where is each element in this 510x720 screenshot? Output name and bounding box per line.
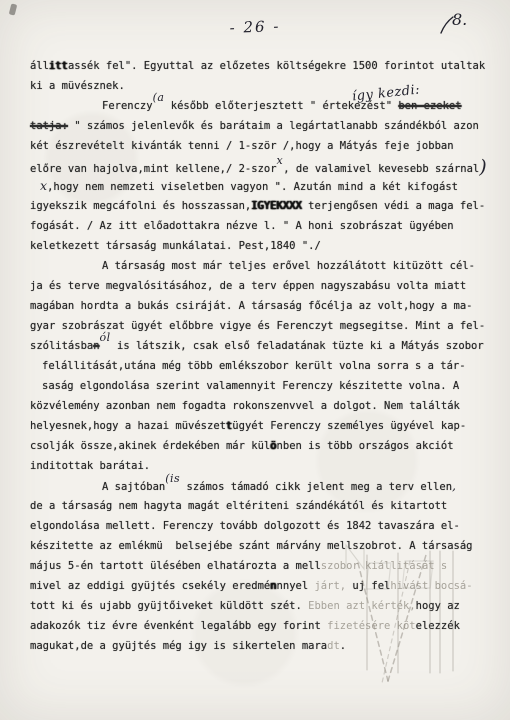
struck-text: n: [93, 340, 99, 352]
typed-text: nnyel: [277, 580, 315, 592]
text-line: fogását. / Az itt előadottakra nézve l. …: [30, 216, 496, 236]
handwritten-paren: ): [479, 156, 486, 178]
text-line: csolják össze,akinek érdekében már külön…: [30, 436, 496, 456]
typed-text: számos támadó cikk jelent meg a terv ell…: [180, 481, 452, 493]
typed-text: terjengősen védi a maga fel-: [302, 200, 485, 212]
pencil-marks: [330, 533, 500, 708]
text-line: két észrevételt kivánták tenni / 1-ször …: [30, 136, 496, 156]
typed-text: ki a müvésznek.: [30, 80, 125, 92]
corner-smudge: [9, 3, 17, 15]
handwritten-superscript: ól: [100, 331, 111, 344]
typed-text: inditottak barátai.: [30, 460, 150, 472]
typed-text: igyekszik megcáfolni és hosszassan,: [30, 200, 251, 212]
typed-text: is látszik, csak első feladatának tüzte …: [111, 340, 484, 352]
text-line: helyesnek,hogy a hazai müvészettügyét Fe…: [30, 416, 496, 436]
typed-text: helyesnek,hogy a hazai müvészet: [30, 420, 226, 432]
typed-text: de a társaság nem hagyta magát eltériten…: [30, 500, 447, 512]
text-line: saság elgondolása szerint valamennyit Fe…: [30, 376, 496, 396]
text-line: tatja: " számos jelenlevők és barátaim a…: [30, 116, 496, 136]
typed-text: előre van hajolva,mint kellene,/ 2-szor: [30, 163, 277, 175]
handwritten-text: ,: [452, 478, 456, 493]
typed-text: fogását. / Az itt előadottakra nézve l. …: [30, 220, 454, 232]
typed-text: saság elgondolása szerint valamennyit Fe…: [42, 380, 459, 392]
typed-text: ja és terve megvalósitásához, de a terv …: [30, 280, 466, 292]
text-line: magában hordta a bukás csiráját. A társa…: [30, 296, 496, 316]
typed-text: gyar szobrászat ügyét előbbre vigye és F…: [30, 320, 485, 332]
typed-text: áll: [30, 60, 49, 72]
text-line: keletkezett társaság munkálatai. Pest,18…: [30, 236, 496, 256]
typed-text: mivel az eddigi gyüjtés csekély eredmé: [30, 580, 270, 592]
text-line: szólitásbanól is látszik, csak első fela…: [30, 336, 496, 356]
handwritten-superscript: x: [277, 154, 284, 167]
handwritten-text: x: [40, 178, 47, 193]
typed-text: tott ki és ujabb gyüjtőiveket küldött sz…: [30, 600, 308, 612]
page-number: - 26 -: [0, 9, 510, 45]
text-line: A társaság most már teljes erővel hozzál…: [30, 256, 496, 276]
text-line: Ferenczy(a később előterjesztett " értek…: [30, 96, 496, 116]
overtyped-text: IGYEKXXX: [251, 200, 302, 212]
text-line: igyekszik megcáfolni és hosszassan,IGYEK…: [30, 196, 496, 216]
typed-text: Ferenczy: [102, 100, 153, 112]
struck-text: tatja:: [30, 120, 68, 132]
text-line: A sajtóban(is számos támadó cikk jelent …: [30, 476, 496, 496]
text-line: közvélemény azonban nem fogadta rokonsze…: [30, 396, 496, 416]
typed-text: szólitásba: [30, 340, 93, 352]
typed-text: A társaság most már teljes erővel hozzál…: [102, 260, 475, 272]
corner-page-mark: 8.: [452, 10, 467, 29]
typed-text: közvélemény azonban nem fogadta rokonsze…: [30, 400, 460, 412]
typed-text: assék fel". Egyuttal az előzetes költség…: [68, 60, 485, 72]
typed-text: adakozók tiz évre évenként legalább egy …: [30, 620, 327, 632]
typed-text: A sajtóban: [102, 481, 165, 493]
typed-text: csolják össze,akinek érdekében már kül: [30, 440, 270, 452]
text-line: ja és terve megvalósitásához, de a terv …: [30, 276, 496, 296]
typed-text: május 5-én tartott ülésében elhatározta …: [30, 560, 321, 572]
typed-text: " számos jelenlevők és barátaim a legárt…: [68, 120, 479, 132]
typed-text: keletkezett társaság munkálatai. Pest,18…: [30, 240, 321, 252]
text-line: de a társaság nem hagyta magát eltériten…: [30, 496, 496, 516]
text-line: x,hogy nem nemzeti viseletben vagyon ". …: [30, 176, 496, 196]
text-line: inditottak barátai.: [30, 456, 496, 476]
text-line: előre van hajolva,mint kellene,/ 2-szorx…: [30, 156, 496, 176]
typed-text: , de valamivel kevesebb szárnal: [283, 163, 479, 175]
typed-text: nben is több országos akciót: [277, 440, 454, 452]
handwritten-superscript: (a: [153, 91, 165, 104]
struck-text: ben ezeket: [398, 100, 461, 112]
typed-text: felállitását,utána még több emlékszobor …: [42, 360, 466, 372]
handwritten-superscript: (is: [165, 472, 180, 485]
text-line: állittassék fel". Egyuttal az előzetes k…: [30, 56, 496, 76]
text-line: ki a müvésznek.: [30, 76, 496, 96]
typescript-page: - 26 - 8. így kezdi: állittassék fel". E…: [0, 0, 510, 720]
typed-text: két észrevételt kivánták tenni / 1-ször …: [30, 140, 454, 152]
typed-text: később előterjesztett " értekezést": [164, 100, 398, 112]
typed-text: ügyét Ferenczy személyes ügyével kap-: [232, 420, 466, 432]
overtyped-text: itt: [49, 60, 68, 72]
text-line: felállitását,utána még több emlékszobor …: [30, 356, 496, 376]
typed-text: elgondolása mellett. Ferenczy tovább dol…: [30, 520, 460, 532]
typed-text: ,hogy nem nemzeti viseletben vagyon ". A…: [47, 181, 458, 193]
typed-text: magukat,de a gyüjtés még igy is sikertel…: [30, 640, 327, 652]
typed-text: magában hordta a bukás csiráját. A társa…: [30, 300, 473, 312]
